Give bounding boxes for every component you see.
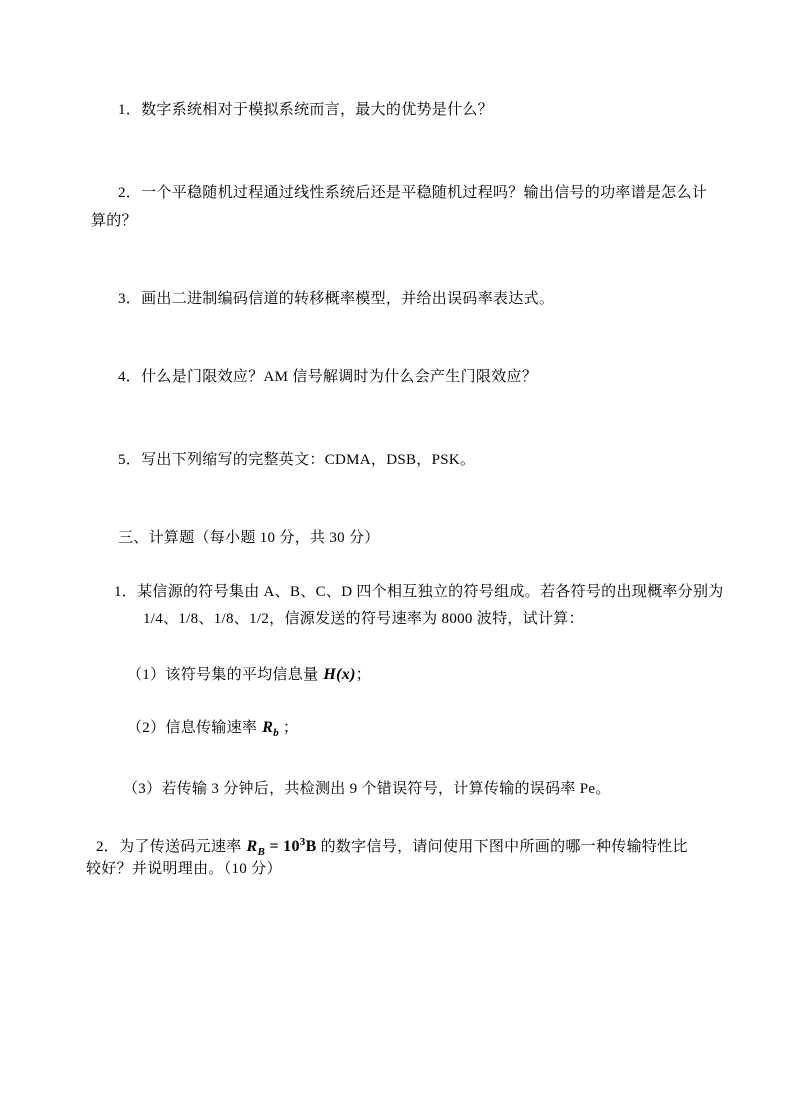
calc-question-2-line-1: 2．为了传送码元速率RB = 103B的数字信号，请问使用下图中所画的哪一种传输… [96, 833, 688, 862]
calc2-text: 2．为了传送码元速率 [96, 839, 242, 855]
calc2-text-continued: 的数字信号，请问使用下图中所画的哪一种传输特性比 [321, 839, 688, 855]
formula-symbol-rate-subscript: B [258, 846, 266, 858]
calc1-subquestion-1: （1）该符号集的平均信息量H(x)； [127, 665, 371, 685]
formula-average-information: H(x) [323, 666, 355, 683]
formula-bit-rate-subscript: b [273, 727, 279, 739]
formula-symbol-rate-symbol: R [247, 838, 258, 855]
formula-symbol-rate-unit: B [306, 838, 317, 855]
question-3: 3．画出二进制编码信道的转移概率模型，并给出误码率表达式。 [118, 290, 554, 309]
formula-bit-rate-symbol: R [262, 719, 273, 736]
question-2-line-1: 2．一个平稳随机过程通过线性系统后还是平稳随机过程吗？输出信号的功率谱是怎么计 [118, 184, 707, 203]
section-three-heading: 三、计算题（每小题 10 分，共 30 分） [118, 529, 380, 548]
calc-question-1-line-1: 1．某信源的符号集由 A、B、C、D 四个相互独立的符号组成。若各符号的出现概率… [114, 583, 724, 602]
document-page: 1．数字系统相对于模拟系统而言，最大的优势是什么？ 2．一个平稳随机过程通过线性… [0, 0, 790, 1119]
formula-bit-rate: Rb [262, 719, 279, 736]
question-4: 4．什么是门限效应？AM 信号解调时为什么会产生门限效应？ [118, 368, 537, 387]
subquestion-1-text: （1）该符号集的平均信息量 [127, 667, 318, 683]
calc1-subquestion-2: （2）信息传输速率Rb； [127, 718, 298, 743]
calc-question-1-line-2: 1/4、1/8、1/8、1/2，信源发送的符号速率为 8000 波特，试计算： [143, 610, 584, 629]
question-1: 1．数字系统相对于模拟系统而言，最大的优势是什么？ [118, 101, 493, 120]
subquestion-2-punct: ； [283, 720, 298, 736]
formula-symbol-rate: RB = 103B [247, 838, 317, 855]
question-5: 5．写出下列缩写的完整英文：CDMA，DSB，PSK。 [118, 451, 475, 470]
calc-question-2-line-2: 较好？并说明理由。（10 分） [86, 860, 282, 879]
subquestion-1-punct: ； [356, 667, 371, 683]
subquestion-2-text: （2）信息传输速率 [127, 720, 257, 736]
question-2-line-2: 算的？ [91, 212, 137, 231]
formula-symbol-rate-equals: = 10 [265, 838, 300, 855]
calc1-subquestion-3: （3）若传输 3 分钟后，共检测出 9 个错误符号，计算传输的误码率 Pe。 [123, 780, 611, 799]
